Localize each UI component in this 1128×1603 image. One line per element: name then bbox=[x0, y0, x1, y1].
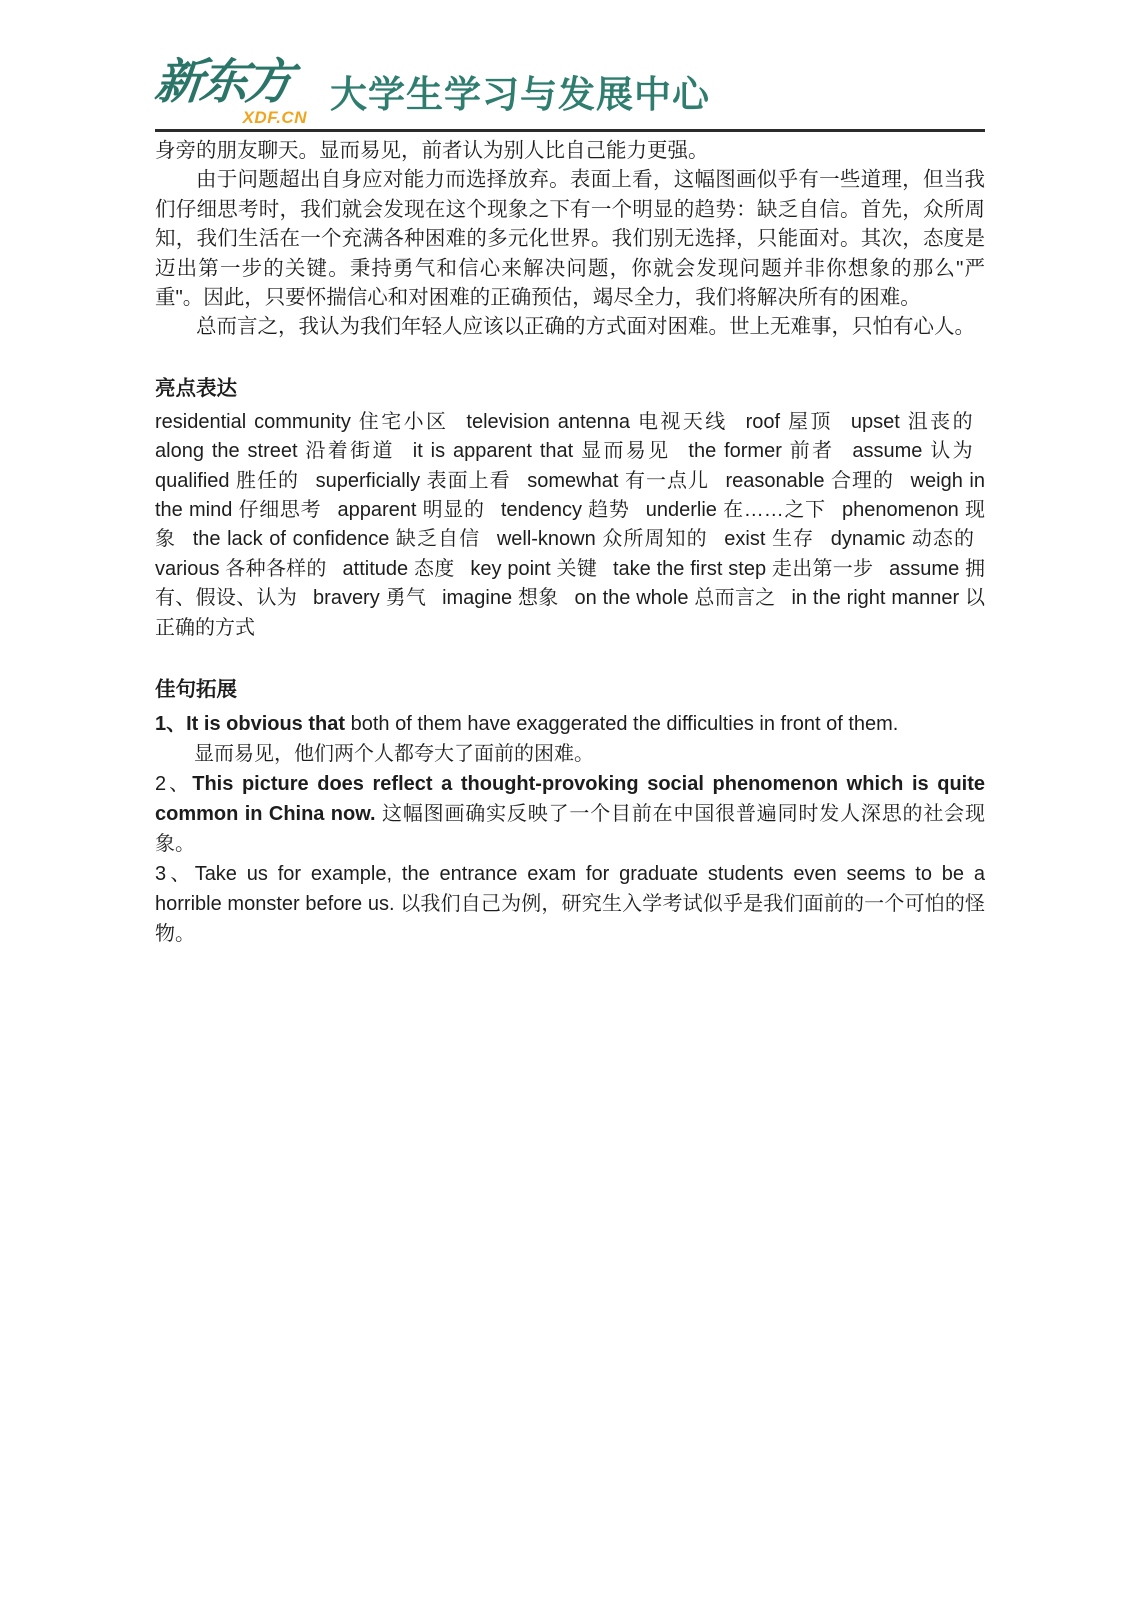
vocab-entry: roof 屋顶 bbox=[746, 411, 833, 433]
vocab-section-heading: 亮点表达 bbox=[155, 371, 985, 401]
vocab-entry: dynamic 动态的 bbox=[831, 528, 975, 550]
vocab-entry: reasonable 合理的 bbox=[726, 470, 895, 492]
xdf-logo-chinese: 新东方 bbox=[152, 58, 315, 108]
vocab-entry: residential community 住宅小区 bbox=[155, 411, 448, 433]
sentences-section-heading: 佳句拓展 bbox=[155, 672, 985, 702]
vocab-entry: superficially 表面上看 bbox=[316, 470, 511, 492]
vocab-entry: bravery 勇气 bbox=[313, 587, 426, 609]
vocab-entry: it is apparent that 显而易见 bbox=[413, 440, 671, 462]
page-content: 新东方 XDF.CN 大学生学习与发展中心 身旁的朋友聊天。显而易见，前者认为别… bbox=[0, 0, 1128, 949]
vocab-entry: somewhat 有一点儿 bbox=[527, 470, 709, 492]
essay-paragraph-2: 由于问题超出自身应对能力而选择放弃。表面上看，这幅图画似乎有一些道理，但当我们仔… bbox=[155, 165, 985, 312]
vocab-entry: assume 认为 bbox=[852, 440, 975, 462]
header-divider bbox=[155, 129, 985, 132]
vocab-entry: underlie 在……之下 bbox=[646, 499, 826, 521]
essay-section: 身旁的朋友聊天。显而易见，前者认为别人比自己能力更强。 由于问题超出自身应对能力… bbox=[155, 136, 985, 342]
essay-paragraph-1: 身旁的朋友聊天。显而易见，前者认为别人比自己能力更强。 bbox=[155, 136, 985, 165]
vocab-entry: qualified 胜任的 bbox=[155, 470, 299, 492]
vocab-entry: take the first step 走出第一步 bbox=[613, 558, 873, 580]
document-page: 新东方 XDF.CN 大学生学习与发展中心 身旁的朋友聊天。显而易见，前者认为别… bbox=[0, 0, 1128, 1603]
vocab-entry: attitude 态度 bbox=[343, 558, 455, 580]
vocab-entry: television antenna 电视天线 bbox=[466, 411, 727, 433]
page-header: 新东方 XDF.CN 大学生学习与发展中心 bbox=[155, 58, 985, 124]
sentence-1-english-rest: both of them have exaggerated the diffic… bbox=[351, 713, 899, 735]
vocab-entry: apparent 明显的 bbox=[337, 499, 484, 521]
sentence-item-2: 2、This picture does reflect a thought-pr… bbox=[155, 769, 985, 859]
sentence-item-3: 3、Take us for example, the entrance exam… bbox=[155, 859, 985, 949]
sentence-item-1: 1、It is obvious that both of them have e… bbox=[155, 709, 985, 739]
vocab-entry: the lack of confidence 缺乏自信 bbox=[193, 528, 481, 550]
vocab-entry: upset 沮丧的 bbox=[851, 411, 975, 433]
vocab-entry: along the street 沿着街道 bbox=[155, 440, 395, 462]
sentence-1-english-bold: It is obvious that bbox=[186, 713, 345, 735]
essay-paragraph-3: 总而言之，我认为我们年轻人应该以正确的方式面对困难。世上无难事，只怕有心人。 bbox=[155, 312, 985, 341]
vocab-entry: imagine 想象 bbox=[442, 587, 559, 609]
vocab-entry: various 各种各样的 bbox=[155, 558, 327, 580]
vocab-entry: the former 前者 bbox=[688, 440, 834, 462]
sentence-3-number: 3、 bbox=[155, 863, 195, 885]
vocab-entry: exist 生存 bbox=[724, 528, 814, 550]
sentence-1-number: 1、 bbox=[155, 713, 186, 735]
sentence-2-number: 2、 bbox=[155, 773, 192, 795]
vocab-entry: on the whole 总而言之 bbox=[574, 587, 775, 609]
vocab-entry: tendency 趋势 bbox=[501, 499, 630, 521]
vocab-paragraph: residential community 住宅小区 television an… bbox=[155, 408, 985, 643]
xdf-logo-domain: XDF.CN bbox=[243, 108, 307, 128]
vocab-entry: key point 关键 bbox=[470, 558, 597, 580]
sentence-1-chinese: 显而易见，他们两个人都夸大了面前的困难。 bbox=[194, 739, 985, 769]
vocab-entry: well-known 众所周知的 bbox=[497, 528, 708, 550]
page-title: 大学生学习与发展中心 bbox=[330, 64, 710, 118]
xdf-logo: 新东方 XDF.CN bbox=[155, 58, 313, 124]
